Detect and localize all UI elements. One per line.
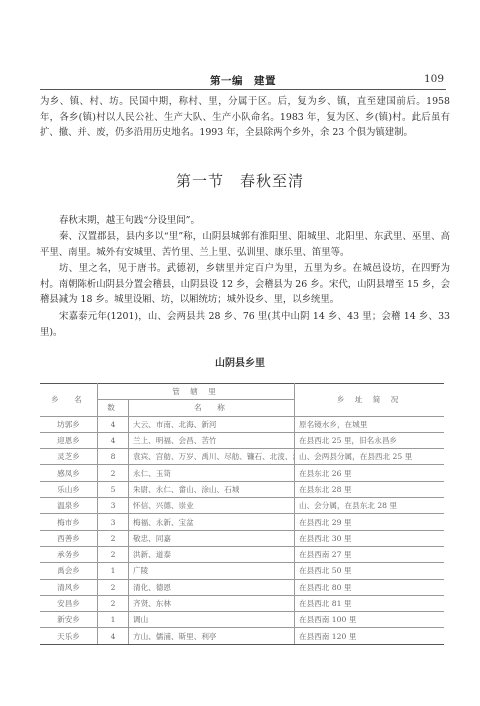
section-title: 第一节 春秋至清 bbox=[0, 170, 480, 191]
cell-location: 在县西南 27 里 bbox=[295, 546, 445, 562]
cell-location: 在县西北 50 里 bbox=[295, 563, 445, 579]
table-row: 坊郭乡 4 大云、市南、北海、新河 原名镜水乡，在城里 bbox=[40, 416, 444, 432]
header-title: 第一编 建置 bbox=[40, 73, 446, 88]
intro-paragraph: 为乡、镇、村、坊。民国中期，称村、里，分属于区。后，复为乡、镇，直至建国前后。1… bbox=[40, 94, 450, 141]
cell-location: 在县西北 81 里 bbox=[295, 595, 445, 611]
table-row: 迎恩乡 4 兰上、明福、会昌、苦竹 在县西北 25 里，旧名永昌乡 bbox=[40, 432, 444, 448]
cell-xiang: 新安乡 bbox=[40, 612, 98, 628]
table-row: 乐山乡 5 朱尉、永仁、畲山、涂山、石城 在县东北 28 里 bbox=[40, 481, 444, 497]
cell-count: 4 bbox=[98, 628, 129, 644]
table-row: 天乐乡 4 方山、儒浦、斯里、利亭 在县西南 120 里 bbox=[40, 628, 444, 644]
header-names: 名 称 bbox=[129, 400, 295, 416]
cell-xiang: 清风乡 bbox=[40, 579, 98, 595]
header-xiang-name: 乡 名 bbox=[40, 384, 98, 417]
cell-count: 2 bbox=[98, 465, 129, 481]
cell-location: 在县西北 29 里 bbox=[295, 514, 445, 530]
cell-li-names: 清化、德恩 bbox=[129, 579, 295, 595]
table-row: 感凤乡 2 永仁、玉笥 在县东北 26 里 bbox=[40, 465, 444, 481]
table-row: 禹会乡 1 广陵 在县西北 50 里 bbox=[40, 563, 444, 579]
cell-count: 2 bbox=[98, 595, 129, 611]
header-rule bbox=[40, 89, 446, 90]
cell-li-names: 兰上、明福、会昌、苦竹 bbox=[129, 432, 295, 448]
cell-count: 2 bbox=[98, 579, 129, 595]
cell-count: 2 bbox=[98, 530, 129, 546]
cell-location: 在县西北 80 里 bbox=[295, 579, 445, 595]
cell-count: 4 bbox=[98, 416, 129, 432]
table-row: 新安乡 1 调山 在县西南 100 里 bbox=[40, 612, 444, 628]
cell-count: 1 bbox=[98, 612, 129, 628]
cell-count: 5 bbox=[98, 481, 129, 497]
cell-xiang: 安昌乡 bbox=[40, 595, 98, 611]
cell-li-names: 敬忠、同嘉 bbox=[129, 530, 295, 546]
page-number: 109 bbox=[424, 73, 444, 85]
xiangli-table: 乡 名 管 辖 里 乡 址 简 况 数 名 称 坊郭乡 4 大云、市南、北海、新… bbox=[40, 383, 444, 645]
cell-location: 原名镜水乡，在城里 bbox=[295, 416, 445, 432]
cell-xiang: 禹会乡 bbox=[40, 563, 98, 579]
cell-li-names: 怀信、兴德、崇业 bbox=[129, 498, 295, 514]
cell-count: 1 bbox=[98, 563, 129, 579]
cell-li-names: 调山 bbox=[129, 612, 295, 628]
cell-li-names: 齐贤、东林 bbox=[129, 595, 295, 611]
cell-count: 3 bbox=[98, 514, 129, 530]
table-row: 安昌乡 2 齐贤、东林 在县西北 81 里 bbox=[40, 595, 444, 611]
cell-xiang: 迎恩乡 bbox=[40, 432, 98, 448]
table-row: 西善乡 2 敬忠、同嘉 在县西北 30 里 bbox=[40, 530, 444, 546]
cell-location: 在县西北 30 里 bbox=[295, 530, 445, 546]
paragraph-4: 宋嘉泰元年(1201)，山、会两县共 28 乡、76 里(其中山阴 14 乡、4… bbox=[40, 309, 450, 340]
cell-xiang: 承务乡 bbox=[40, 546, 98, 562]
cell-location: 在县西北 25 里，旧名永昌乡 bbox=[295, 432, 445, 448]
table-row: 承务乡 2 洪新、道泰 在县西南 27 里 bbox=[40, 546, 444, 562]
cell-xiang: 温泉乡 bbox=[40, 498, 98, 514]
cell-xiang: 乐山乡 bbox=[40, 481, 98, 497]
cell-li-names: 朱尉、永仁、畲山、涂山、石城 bbox=[129, 481, 295, 497]
cell-xiang: 坊郭乡 bbox=[40, 416, 98, 432]
paragraph-1: 春秋末期，越王句践“分设里闾”。 bbox=[40, 213, 450, 229]
table-row: 温泉乡 3 怀信、兴德、崇业 山、会分属，在县东北 28 里 bbox=[40, 498, 444, 514]
cell-xiang: 西善乡 bbox=[40, 530, 98, 546]
cell-xiang: 灵芝乡 bbox=[40, 449, 98, 465]
cell-count: 4 bbox=[98, 432, 129, 448]
cell-li-names: 梅福、永新、宝盆 bbox=[129, 514, 295, 530]
paragraph-3: 坊、里之名，见于唐书。武德初，乡辖里并定百户为里，五里为乡。在城邑设坊，在四野为… bbox=[40, 261, 450, 308]
cell-location: 山、会两县分属，在县西北 25 里 bbox=[295, 449, 445, 465]
cell-count: 2 bbox=[98, 546, 129, 562]
table-row: 梅市乡 3 梅福、永新、宝盆 在县西北 29 里 bbox=[40, 514, 444, 530]
header-jurisdiction: 管 辖 里 bbox=[98, 384, 295, 400]
cell-li-names: 方山、儒浦、斯里、利亭 bbox=[129, 628, 295, 644]
header-count: 数 bbox=[98, 400, 129, 416]
cell-location: 山、会分属，在县东北 28 里 bbox=[295, 498, 445, 514]
cell-count: 3 bbox=[98, 498, 129, 514]
paragraph-2: 秦、汉置郡县，县内多以“里”称，山阴县城郭有淮阳里、阳城里、北阳里、东武里、巫里… bbox=[40, 229, 450, 260]
cell-li-names: 洪新、道泰 bbox=[129, 546, 295, 562]
cell-li-names: 永仁、玉笥 bbox=[129, 465, 295, 481]
cell-li-names: 广陵 bbox=[129, 563, 295, 579]
cell-xiang: 梅市乡 bbox=[40, 514, 98, 530]
cell-location: 在县东北 26 里 bbox=[295, 465, 445, 481]
running-header: 第一编 建置 109 bbox=[40, 70, 446, 90]
table-title: 山阴县乡里 bbox=[0, 354, 480, 369]
table-row: 清风乡 2 清化、德恩 在县西北 80 里 bbox=[40, 579, 444, 595]
cell-count: 8 bbox=[98, 449, 129, 465]
cell-xiang: 天乐乡 bbox=[40, 628, 98, 644]
table-row: 灵芝乡 8 袁宾、宫舫、万岁、禹川、尽舫、镰石、北淩、洵淩 山、会两县分属，在县… bbox=[40, 449, 444, 465]
cell-xiang: 感凤乡 bbox=[40, 465, 98, 481]
cell-li-names: 袁宾、宫舫、万岁、禹川、尽舫、镰石、北淩、洵淩 bbox=[129, 449, 295, 465]
cell-location: 在县西南 100 里 bbox=[295, 612, 445, 628]
table-header-row: 乡 名 管 辖 里 乡 址 简 况 bbox=[40, 384, 444, 400]
cell-location: 在县西南 120 里 bbox=[295, 628, 445, 644]
cell-location: 在县东北 28 里 bbox=[295, 481, 445, 497]
header-location: 乡 址 简 况 bbox=[295, 384, 445, 417]
cell-li-names: 大云、市南、北海、新河 bbox=[129, 416, 295, 432]
